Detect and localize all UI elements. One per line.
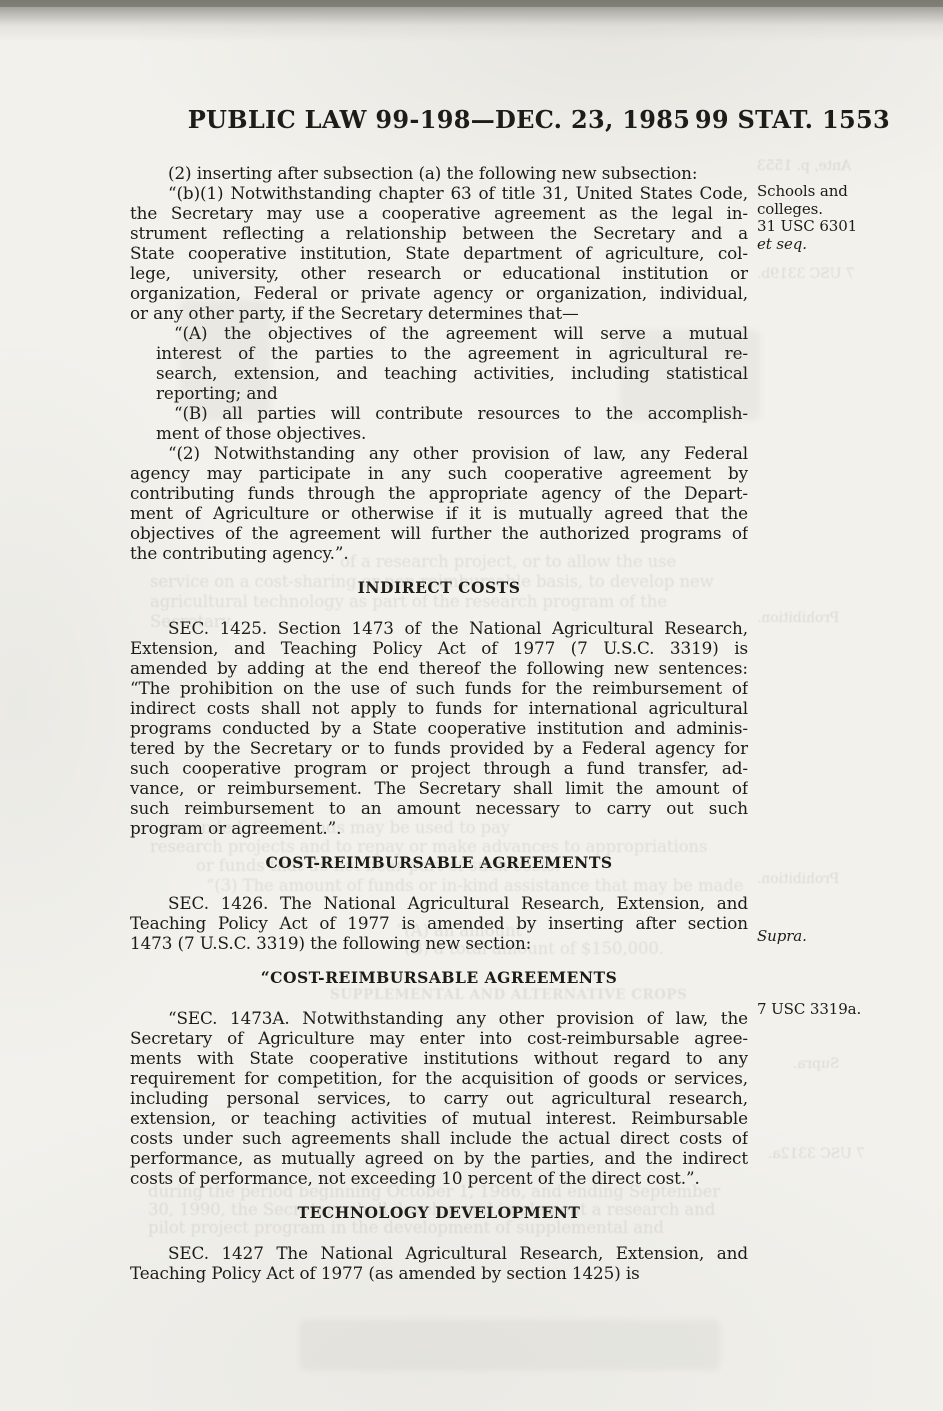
text-line: “(b)(1) Notwithstanding chapter 63 of ti… (130, 183, 748, 203)
section-heading: INDIRECT COSTS (130, 578, 748, 598)
margin-note-usc-3319a: 7 USC 3319a. (757, 1001, 929, 1019)
margin-note-line: et seq. (757, 236, 929, 254)
text-line: including personal services, to carry ou… (130, 1088, 748, 1108)
text-line: “(2) Notwithstanding any other provision… (130, 443, 748, 463)
statute-text-column: (2) inserting after subsection (a) the f… (130, 163, 748, 1283)
text-line: lege, university, other research or educ… (130, 263, 748, 283)
text-line: reporting; and (156, 383, 748, 403)
text-line: Secretary of Agriculture may enter into … (130, 1028, 748, 1048)
text-line: ment of those objectives. (156, 423, 748, 443)
text-line: costs of performance, not exceeding 10 p… (130, 1168, 748, 1188)
section-heading: TECHNOLOGY DEVELOPMENT (130, 1203, 748, 1223)
bleed-through-margin-text: 7 USC 3319b. (757, 266, 855, 282)
text-line: SEC. 1425. Section 1473 of the National … (130, 618, 748, 638)
text-line: Teaching Policy Act of 1977 (as amended … (130, 1263, 748, 1283)
text-line: the Secretary may use a cooperative agre… (130, 203, 748, 223)
text-line: contributing funds through the appropria… (130, 483, 748, 503)
text-line: ment of Agriculture or otherwise if it i… (130, 503, 748, 523)
bleed-through-margin-text: Prohibition. (757, 610, 839, 626)
text-line: “The prohibition on the use of such fund… (130, 678, 748, 698)
text-line: costs under such agreements shall includ… (130, 1128, 748, 1148)
page-header-stat-number: 99 STAT. 1553 (695, 105, 890, 134)
text-line: indirect costs shall not apply to funds … (130, 698, 748, 718)
statute-paragraph: “(B) all parties will contribute resourc… (130, 403, 748, 443)
text-line: Teaching Policy Act of 1977 is amended b… (130, 913, 748, 933)
text-line: strument reflecting a relationship betwe… (130, 223, 748, 243)
text-line: agency may participate in any such coope… (130, 463, 748, 483)
text-line: organization, Federal or private agency … (130, 283, 748, 303)
text-line: SEC. 1427 The National Agricultural Rese… (130, 1243, 748, 1263)
text-line: 1473 (7 U.S.C. 3319) the following new s… (130, 933, 748, 953)
text-line: State cooperative institution, State dep… (130, 243, 748, 263)
text-line: tered by the Secretary or to funds provi… (130, 738, 748, 758)
text-line: performance, as mutually agreed on by th… (130, 1148, 748, 1168)
text-line: requirement for competition, for the acq… (130, 1068, 748, 1088)
text-line: vance, or reimbursement. The Secretary s… (130, 778, 748, 798)
text-line: ments with State cooperative institution… (130, 1048, 748, 1068)
scan-edge-shadow (0, 0, 943, 42)
statute-paragraph: “(b)(1) Notwithstanding chapter 63 of ti… (130, 183, 748, 323)
bleed-through-margin-text: Ante, p. 1553 (757, 158, 851, 174)
text-line: “(A) the objectives of the agreement wil… (156, 323, 748, 343)
statute-paragraph: SEC. 1426. The National Agricultural Res… (130, 893, 748, 953)
bleed-through-margin-text: 7 USC 3312a. (768, 1146, 865, 1162)
scan-smudge (300, 1320, 720, 1370)
margin-note-line: Schools and (757, 183, 929, 201)
margin-note-schools-and-colleges: Schools and colleges. 31 USC 6301 et seq… (757, 183, 929, 253)
text-line: search, extension, and teaching activiti… (156, 363, 748, 383)
text-line: objectives of the agreement will further… (130, 523, 748, 543)
statute-paragraph: (2) inserting after subsection (a) the f… (130, 163, 748, 183)
text-line: such cooperative program or project thro… (130, 758, 748, 778)
statute-paragraph: “(A) the objectives of the agreement wil… (130, 323, 748, 403)
text-line: or any other party, if the Secretary det… (130, 303, 748, 323)
margin-note-supra: Supra. (757, 928, 929, 946)
bleed-through-margin-text: Prohibition. (757, 871, 839, 887)
statute-page: PUBLIC LAW 99-198—DEC. 23, 1985 99 STAT.… (0, 0, 943, 1411)
text-line: interest of the parties to the agreement… (156, 343, 748, 363)
text-line: SEC. 1426. The National Agricultural Res… (130, 893, 748, 913)
text-line: extension, or teaching activities of mut… (130, 1108, 748, 1128)
section-heading: “COST-REIMBURSABLE AGREEMENTS (130, 968, 748, 988)
margin-note-line: colleges. (757, 201, 929, 219)
text-line: Extension, and Teaching Policy Act of 19… (130, 638, 748, 658)
text-line: the contributing agency.”. (130, 543, 748, 563)
text-line: program or agreement.”. (130, 818, 748, 838)
text-line: “SEC. 1473A. Notwithstanding any other p… (130, 1008, 748, 1028)
page-header-law-title: PUBLIC LAW 99-198—DEC. 23, 1985 (130, 105, 748, 134)
text-line: amended by adding at the end thereof the… (130, 658, 748, 678)
text-line: such reimbursement to an amount necessar… (130, 798, 748, 818)
statute-paragraph: “SEC. 1473A. Notwithstanding any other p… (130, 1008, 748, 1188)
statute-paragraph: SEC. 1425. Section 1473 of the National … (130, 618, 748, 838)
statute-paragraph: SEC. 1427 The National Agricultural Rese… (130, 1243, 748, 1283)
text-line: “(B) all parties will contribute resourc… (156, 403, 748, 423)
margin-note-line: 31 USC 6301 (757, 218, 929, 236)
text-line: programs conducted by a State cooperativ… (130, 718, 748, 738)
text-line: (2) inserting after subsection (a) the f… (130, 163, 748, 183)
statute-paragraph: “(2) Notwithstanding any other provision… (130, 443, 748, 563)
bleed-through-margin-text: Supra. (793, 1056, 839, 1072)
section-heading: COST-REIMBURSABLE AGREEMENTS (130, 853, 748, 873)
